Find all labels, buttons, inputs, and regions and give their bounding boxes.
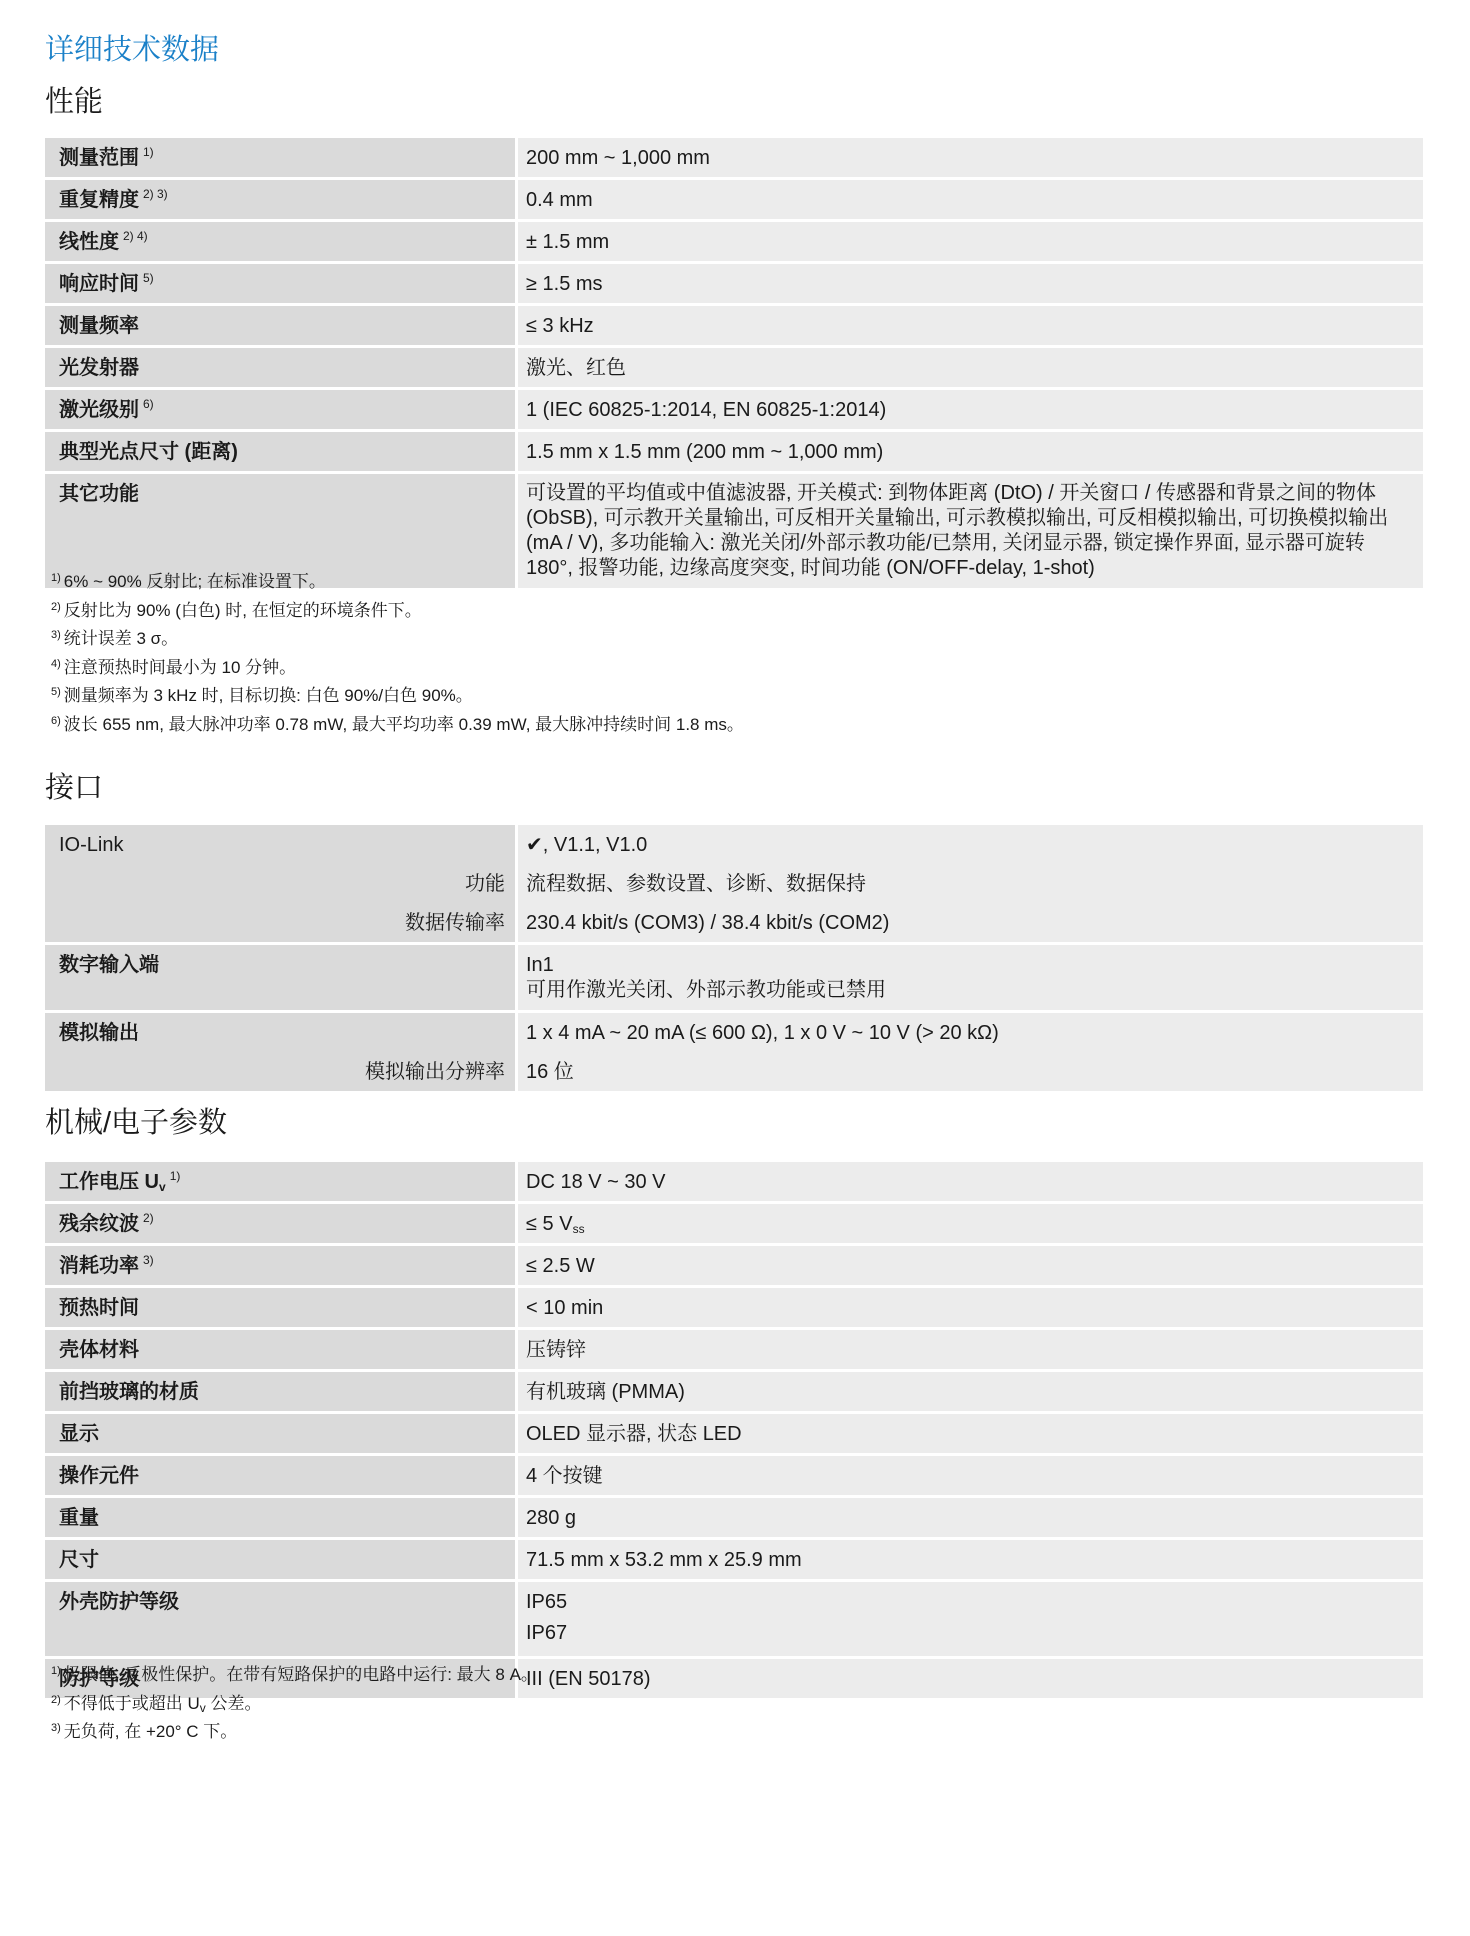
row-label: 显示	[45, 1414, 515, 1453]
row-label: 尺寸	[45, 1540, 515, 1579]
table-row: 残余纹波2) ≤ 5 Vss	[45, 1204, 1423, 1246]
row-value: In1 可用作激光关闭、外部示教功能或已禁用	[518, 945, 1423, 1010]
performance-footnotes: 1)6% ~ 90% 反射比; 在标准设置下。 2)反射比为 90% (白色) …	[51, 568, 744, 739]
row-label: IO-Link	[45, 825, 515, 864]
footnote: 3)无负荷, 在 +20° C 下。	[51, 1718, 538, 1747]
section-title-performance: 性能	[45, 82, 103, 122]
row-value: 1.5 mm x 1.5 mm (200 mm ~ 1,000 mm)	[518, 432, 1423, 471]
row-value: 280 g	[518, 1498, 1423, 1537]
footnote: 2)不得低于或超出 Uv 公差。	[51, 1690, 538, 1719]
table-row: 激光级别6) 1 (IEC 60825-1:2014, EN 60825-1:2…	[45, 390, 1423, 432]
row-value: 压铸锌	[518, 1330, 1423, 1369]
row-value: ≥ 1.5 ms	[518, 264, 1423, 303]
row-value: ≤ 5 Vss	[518, 1204, 1423, 1243]
check-icon: ✔	[526, 834, 543, 856]
table-row-digital-input: 数字输入端 In1 可用作激光关闭、外部示教功能或已禁用	[45, 945, 1423, 1013]
row-value: < 10 min	[518, 1288, 1423, 1327]
mechanical-table: 工作电压 Uv1) DC 18 V ~ 30 V 残余纹波2) ≤ 5 Vss …	[45, 1162, 1423, 1698]
row-value: DC 18 V ~ 30 V	[518, 1162, 1423, 1201]
row-label: 重量	[45, 1498, 515, 1537]
row-value: ± 1.5 mm	[518, 222, 1423, 261]
footnote: 5)测量频率为 3 kHz 时, 目标切换: 白色 90%/白色 90%。	[51, 682, 744, 711]
table-row: 响应时间5) ≥ 1.5 ms	[45, 264, 1423, 306]
mechanical-footnotes: 1)极限值, 反极性保护。在带有短路保护的电路中运行: 最大 8 A。 2)不得…	[51, 1661, 538, 1747]
table-row: 操作元件 4 个按键	[45, 1456, 1423, 1498]
table-row: 尺寸 71.5 mm x 53.2 mm x 25.9 mm	[45, 1540, 1423, 1582]
row-value: 1 (IEC 60825-1:2014, EN 60825-1:2014)	[518, 390, 1423, 429]
row-label: 其它功能	[45, 474, 515, 513]
row-value: III (EN 50178)	[518, 1659, 1423, 1698]
row-value: ≤ 3 kHz	[518, 306, 1423, 345]
table-row: 工作电压 Uv1) DC 18 V ~ 30 V	[45, 1162, 1423, 1204]
table-row: 典型光点尺寸 (距离) 1.5 mm x 1.5 mm (200 mm ~ 1,…	[45, 432, 1423, 474]
footnote: 1)极限值, 反极性保护。在带有短路保护的电路中运行: 最大 8 A。	[51, 1661, 538, 1690]
table-row-analog-output: 模拟输出 模拟输出分辨率 1 x 4 mA ~ 20 mA (≤ 600 Ω),…	[45, 1013, 1423, 1091]
row-sublabel: 数据传输率	[45, 903, 515, 942]
row-value: 200 mm ~ 1,000 mm	[518, 138, 1423, 177]
row-label: 重复精度2) 3)	[45, 180, 515, 219]
section-title-interface: 接口	[45, 768, 103, 808]
footnote: 4)注意预热时间最小为 10 分钟。	[51, 654, 744, 683]
row-value: OLED 显示器, 状态 LED	[518, 1414, 1423, 1453]
table-row: 重量 280 g	[45, 1498, 1423, 1540]
table-row: 前挡玻璃的材质 有机玻璃 (PMMA)	[45, 1372, 1423, 1414]
section-title-mechanical: 机械/电子参数	[45, 1103, 227, 1143]
table-row: 显示 OLED 显示器, 状态 LED	[45, 1414, 1423, 1456]
table-row: 预热时间 < 10 min	[45, 1288, 1423, 1330]
table-row: 重复精度2) 3) 0.4 mm	[45, 180, 1423, 222]
table-row: 壳体材料 压铸锌	[45, 1330, 1423, 1372]
footnote: 2)反射比为 90% (白色) 时, 在恒定的环境条件下。	[51, 597, 744, 626]
row-value: 4 个按键	[518, 1456, 1423, 1495]
row-value: 71.5 mm x 53.2 mm x 25.9 mm	[518, 1540, 1423, 1579]
row-label: 外壳防护等级	[45, 1582, 515, 1621]
row-value: 230.4 kbit/s (COM3) / 38.4 kbit/s (COM2)	[518, 903, 1423, 942]
table-row-io-link: IO-Link 功能 数据传输率 ✔, V1.1, V1.0 流程数据、参数设置…	[45, 825, 1423, 945]
row-value: 激光、红色	[518, 348, 1423, 387]
page-title: 详细技术数据	[45, 30, 219, 70]
row-label: 预热时间	[45, 1288, 515, 1327]
row-value: ≤ 2.5 W	[518, 1246, 1423, 1285]
row-label: 前挡玻璃的材质	[45, 1372, 515, 1411]
row-label: 线性度2) 4)	[45, 222, 515, 261]
table-row: 光发射器 激光、红色	[45, 348, 1423, 390]
row-label: 残余纹波2)	[45, 1204, 515, 1243]
footnote: 6)波长 655 nm, 最大脉冲功率 0.78 mW, 最大平均功率 0.39…	[51, 711, 744, 740]
row-label: 工作电压 Uv1)	[45, 1162, 515, 1201]
row-label: 测量范围1)	[45, 138, 515, 177]
row-label: 壳体材料	[45, 1330, 515, 1369]
table-row: 线性度2) 4) ± 1.5 mm	[45, 222, 1423, 264]
row-label: 响应时间5)	[45, 264, 515, 303]
table-row-enclosure-rating: 外壳防护等级 IP65 IP67	[45, 1582, 1423, 1659]
table-row: 测量范围1) 200 mm ~ 1,000 mm	[45, 138, 1423, 180]
row-value: IP65 IP67	[518, 1582, 1423, 1656]
row-label: 数字输入端	[45, 945, 515, 984]
footnote: 3)统计误差 3 σ。	[51, 625, 744, 654]
row-value: ✔, V1.1, V1.0	[518, 825, 1423, 864]
row-value: 有机玻璃 (PMMA)	[518, 1372, 1423, 1411]
interface-table: IO-Link 功能 数据传输率 ✔, V1.1, V1.0 流程数据、参数设置…	[45, 825, 1423, 1091]
row-label: 测量频率	[45, 306, 515, 345]
row-value: 16 位	[518, 1052, 1423, 1091]
table-row: 消耗功率3) ≤ 2.5 W	[45, 1246, 1423, 1288]
row-label: 典型光点尺寸 (距离)	[45, 432, 515, 471]
row-label: 模拟输出	[45, 1013, 515, 1052]
table-row: 测量频率 ≤ 3 kHz	[45, 306, 1423, 348]
performance-table: 测量范围1) 200 mm ~ 1,000 mm 重复精度2) 3) 0.4 m…	[45, 138, 1423, 588]
footnote: 1)6% ~ 90% 反射比; 在标准设置下。	[51, 568, 744, 597]
row-value: 0.4 mm	[518, 180, 1423, 219]
row-value: 1 x 4 mA ~ 20 mA (≤ 600 Ω), 1 x 0 V ~ 10…	[518, 1013, 1423, 1052]
row-sublabel: 模拟输出分辨率	[45, 1052, 515, 1091]
row-label: 光发射器	[45, 348, 515, 387]
row-label: 消耗功率3)	[45, 1246, 515, 1285]
row-label: 激光级别6)	[45, 390, 515, 429]
row-sublabel: 功能	[45, 864, 515, 903]
row-value: 流程数据、参数设置、诊断、数据保持	[518, 864, 1423, 903]
row-label: 操作元件	[45, 1456, 515, 1495]
